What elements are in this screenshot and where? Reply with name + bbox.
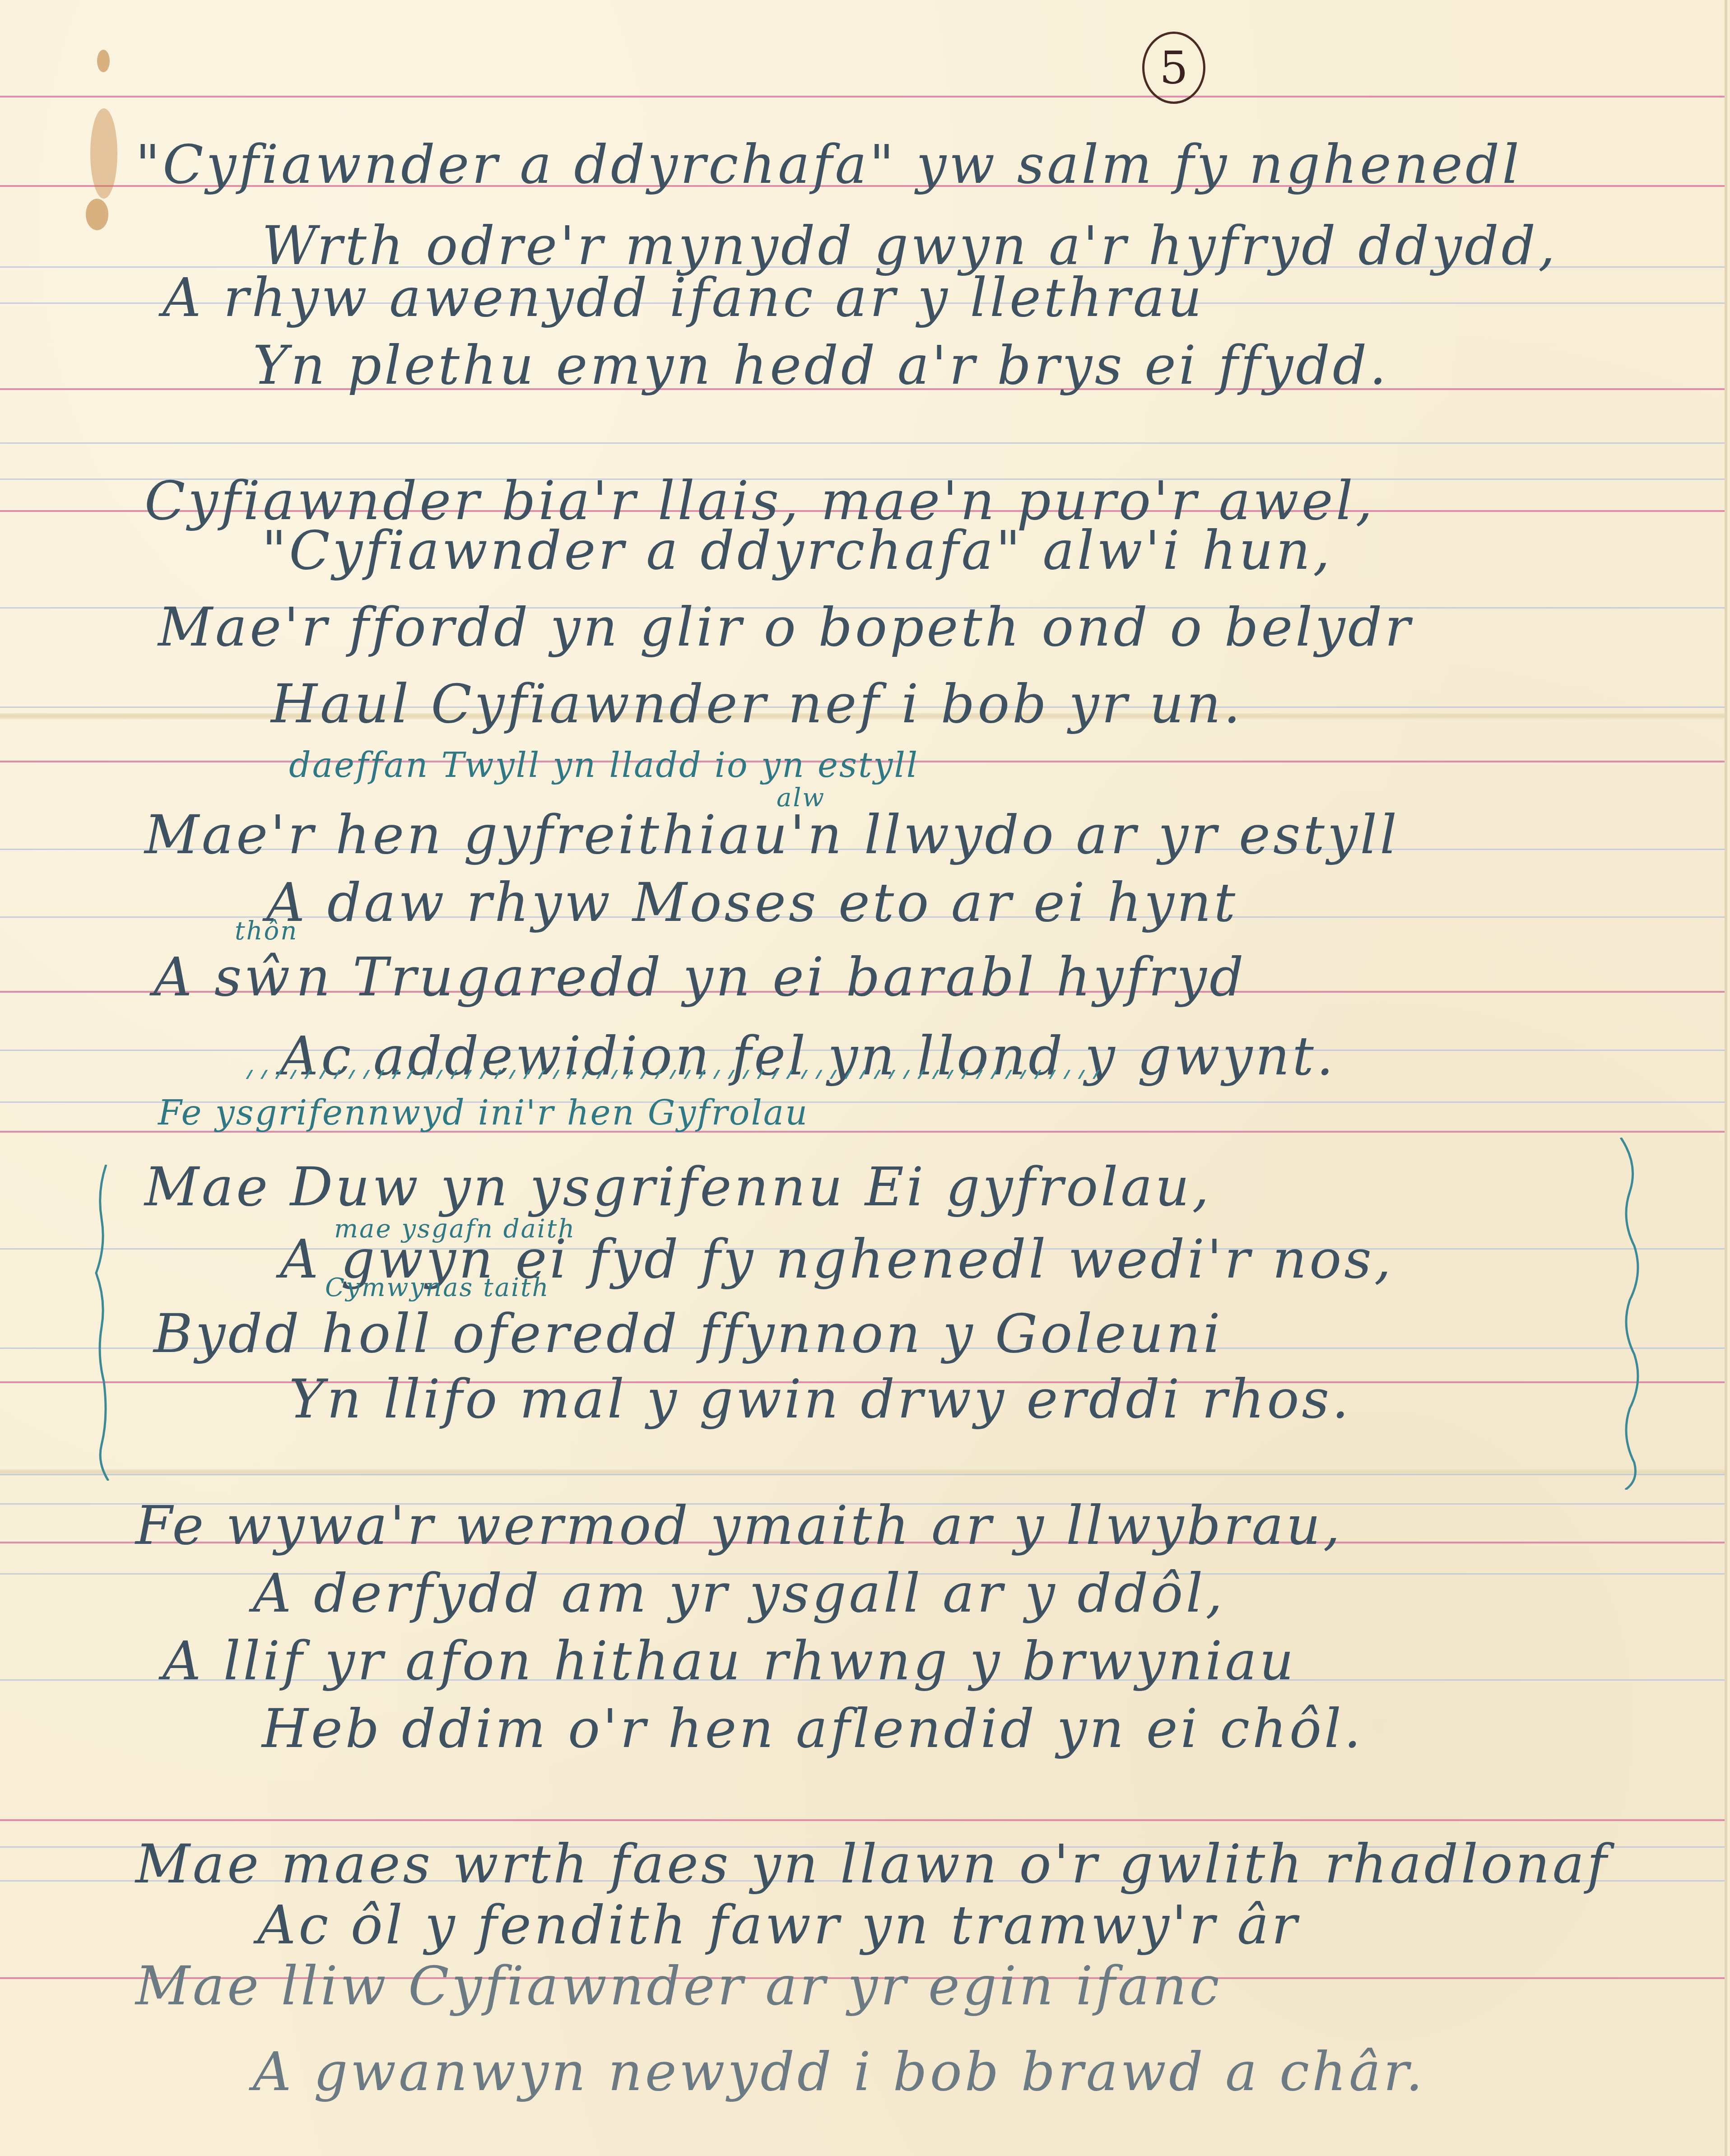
rust-stain [97, 50, 110, 72]
left-bracket-icon [93, 1165, 111, 1481]
stanza-3-line-2: A daw rhyw Moses eto ar ei hynt [266, 871, 1238, 934]
stanza-5-line-2: A derfydd am yr ysgall ar y ddôl, [253, 1562, 1225, 1624]
stanza-5-line-1: Fe wywa'r wermod ymaith ar y llwybrau, [135, 1494, 1343, 1557]
manuscript-page: 5 "Cyfiawnder a ddyrchafa" yw salm fy ng… [0, 0, 1727, 2156]
stanza-4-line-4: Yn llifo mal y gwin drwy erddi rhos. [289, 1368, 1351, 1430]
blue-rule [0, 442, 1725, 444]
stanza-2-line-4: Haul Cyfiawnder nef i bob yr un. [271, 673, 1243, 735]
rust-stain [90, 108, 117, 199]
stanza-5-line-4: Heb ddim o'r hen aflendid yn ei chôl. [262, 1697, 1363, 1760]
stanza-2-line-2: "Cyfiawnder a ddyrchafa" alw'i hun, [262, 519, 1333, 581]
red-rule [0, 96, 1725, 98]
page-number: 5 [1142, 32, 1205, 104]
right-bracket-icon [1616, 1138, 1643, 1490]
page-number-text: 5 [1159, 42, 1188, 94]
stanza-4-annotation: Fe ysgrifennwyd ini'r hen Gyfrolau [158, 1092, 809, 1133]
rust-stain [86, 199, 108, 230]
stanza-4-line-1: Mae Duw yn ysgrifennu Ei gyfrolau, [144, 1156, 1212, 1218]
stanza-3-line-3: A sŵn Trugaredd yn ei barabl hyfryd [153, 946, 1246, 1008]
wavy-underline [244, 1070, 1102, 1079]
stanza-3-annotation: daeffan Twyll yn lladd io yn estyll [289, 745, 919, 785]
stanza-3-line-annotation: thôn [235, 916, 298, 946]
stanza-4-interlinear-2: Cymwynas taith [325, 1273, 550, 1302]
red-rule [0, 1819, 1725, 1821]
stanza-4-line-3: Bydd holl oferedd ffynnon y Goleuni [153, 1302, 1223, 1365]
stanza-2-line-3: Mae'r ffordd yn glir o bopeth ond o bely… [158, 596, 1413, 658]
blue-rule [0, 1474, 1725, 1475]
stanza-6-line-4: A gwanwyn newydd i bob brawd a châr. [253, 2040, 1425, 2103]
stanza-1-line-3: A rhyw awenydd ifanc ar y llethrau [163, 266, 1204, 329]
stanza-5-line-3: A llif yr afon hithau rhwng y brwyniau [163, 1630, 1297, 1692]
stanza-6-line-3: Mae lliw Cyfiawnder ar yr egin ifanc [135, 1955, 1222, 2017]
stanza-6-line-2: Ac ôl y fendith fawr yn tramwy'r âr [257, 1894, 1300, 1956]
stanza-1-line-4: Yn plethu emyn hedd a'r brys ei ffydd. [253, 334, 1389, 396]
stanza-1-line-1: "Cyfiawnder a ddyrchafa" yw salm fy nghe… [135, 133, 1522, 195]
stanza-3-line-1: Mae'r hen gyfreithiau'n llwydo ar yr est… [144, 804, 1400, 866]
stanza-6-line-1: Mae maes wrth faes yn llawn o'r gwlith r… [135, 1833, 1609, 1895]
